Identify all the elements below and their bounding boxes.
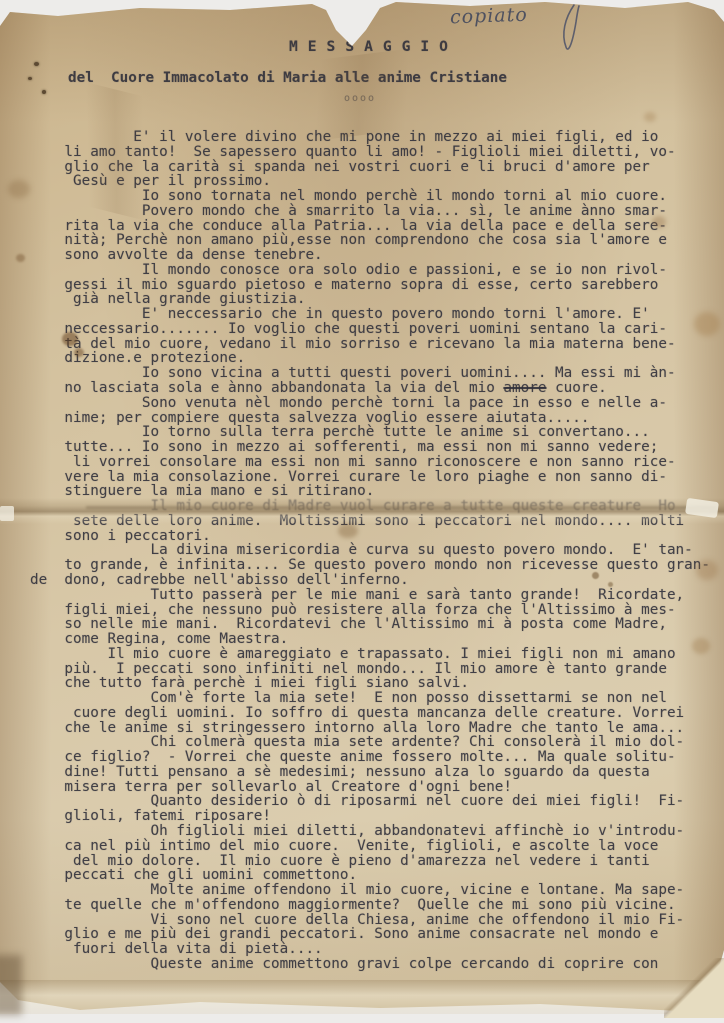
text-line: Il mondo conosce ora solo odio e passion… (30, 263, 724, 278)
text-line: to grande, è infinita.... Se questo pove… (30, 558, 724, 573)
text-line: come Regina, come Maestra. (30, 632, 724, 647)
text-line: li vorrei consolare ma essi non mi sanno… (30, 455, 724, 470)
text-line: Gesù e per il prossimo. (30, 174, 724, 189)
text-line: E' il volere divino che mi pone in mezzo… (30, 130, 724, 145)
text-line: neccessario....... Io voglio che questi … (30, 322, 724, 337)
text-line: peccati che gli uomini commettono. (30, 868, 724, 883)
text-line: ca nel più intimo del mio cuore. Venite,… (30, 839, 724, 854)
document-body: E' il volere divino che mi pone in mezzo… (30, 130, 724, 972)
text-line: Molte anime offendono il mio cuore, vici… (30, 883, 724, 898)
staple-hole (34, 62, 39, 66)
text-line: Quanto desiderio ò di riposarmi nel cuor… (30, 794, 724, 809)
text-line: Oh figlioli miei diletti, abbandonatevi … (30, 824, 724, 839)
text-line: Povero mondo che à smarrito la via... sì… (30, 204, 724, 219)
text-line: cuore degli uomini. Io soffro di questa … (30, 706, 724, 721)
text-line: che tutto farà perchè i miei figli siano… (30, 676, 724, 691)
text-line: Com'è forte la mia sete! E non posso dis… (30, 691, 724, 706)
text-line: Io sono vicina a tutti questi poveri uom… (30, 366, 724, 381)
text-line: stinguere la mia mano e si ritirano. (30, 484, 724, 499)
text-line: li amo tanto! Se sapessero quanto li amo… (30, 145, 724, 160)
text-line: nità; Perchè non amano più,esse non comp… (30, 233, 724, 248)
text-line: so nelle mie mani. Ricordatevi che l'Alt… (30, 617, 724, 632)
text-line: E' neccessario che in questo povero mond… (30, 307, 724, 322)
text-line: Io torno sulla terra perchè tutte le ani… (30, 425, 724, 440)
text-line: Queste anime commettono gravi colpe cerc… (30, 957, 724, 972)
pen-checkmark-stroke (552, 2, 592, 56)
document-subtitle: del Cuore Immacolato di Maria alle anime… (68, 70, 507, 86)
text-line: dine! Tutti pensano a sè medesimi; nessu… (30, 765, 724, 780)
text-line: Io sono tornata nel mondo perchè il mond… (30, 189, 724, 204)
scanned-paper-sheet: M E S S A G G I O del Cuore Immacolato d… (0, 0, 724, 1023)
text-line: sete delle loro anime. Moltissimi sono i… (30, 514, 724, 529)
text-line: già nella grande giustizia. (30, 292, 724, 307)
text-line: no lasciata sola e ànno abbandonata la v… (30, 381, 724, 396)
text-line: La divina misericordia è curva su questo… (30, 543, 724, 558)
handwritten-note: copiato (450, 4, 528, 29)
staple-hole (42, 90, 46, 94)
text-line: glio e me più dei grandi peccatori. Sono… (30, 927, 724, 942)
text-line: glioli, fatemi riposare! (30, 809, 724, 824)
text-line: Il mio cuore di Madre vuol curare a tutt… (30, 499, 724, 514)
text-line: Chi colmerà questa mia sete ardente? Chi… (30, 735, 724, 750)
text-line: Sono venuta nèl mondo perchè torni la pa… (30, 396, 724, 411)
text-line: sono avvolte da dense tenebre. (30, 248, 724, 263)
document-title: M E S S A G G I O (289, 38, 449, 55)
text-line: fuori della vita di pietà.... (30, 942, 724, 957)
text-line: Tutto passerà per le mie mani e sarà tan… (30, 588, 724, 603)
text-line: Il mio cuore è amareggiato e trapassato.… (30, 647, 724, 662)
ornament-marks: oooo (344, 93, 376, 104)
staple-hole (28, 77, 32, 80)
text-line: te quelle che m'offendono maggiormente? … (30, 898, 724, 913)
text-line: de dono, cadrebbe nell'abisso dell'infer… (30, 573, 724, 588)
text-line: ce figlio? - Vorrei che queste anime fos… (30, 750, 724, 765)
text-line: tutte... Io sono in mezzo ai sofferenti,… (30, 440, 724, 455)
